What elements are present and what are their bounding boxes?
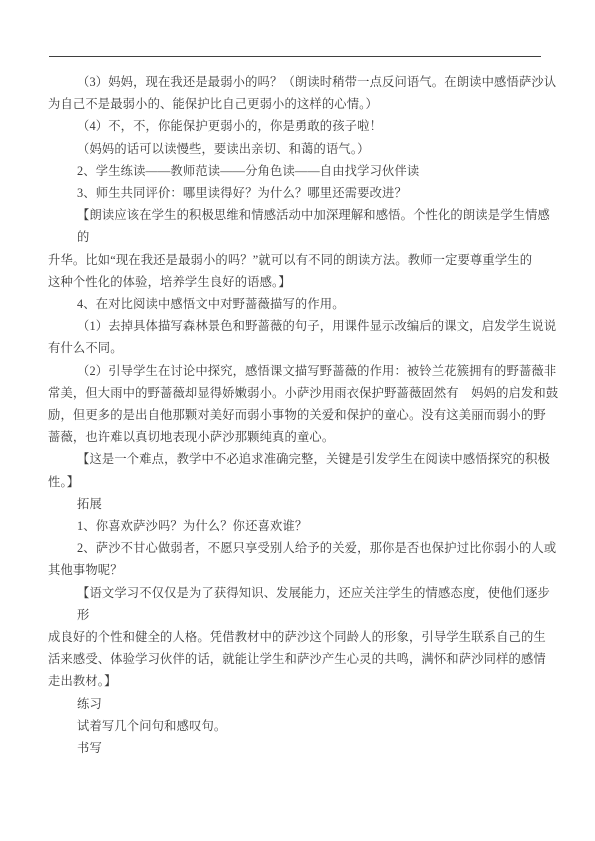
text-line: （4）不，不，你能保护更弱小的，你是勇敢的孩子啦！ xyxy=(48,115,548,137)
text-line: 2、萨沙不甘心做弱者，不愿只享受别人给予的关爱，那你是否也保护过比你弱小的人或 xyxy=(48,537,548,559)
text-line: 2、学生练读——教师范读——分角色读——自由找学习伙伴读 xyxy=(48,160,548,182)
text-line: 3、师生共同评价：哪里读得好？为什么？哪里还需要改进？ xyxy=(48,182,548,204)
text-line: 为自己不是最弱小的、能保护比自己更弱小的这样的心情。） xyxy=(48,93,548,115)
text-line: 其他事物呢？ xyxy=(48,559,548,581)
text-line: （3）妈妈，现在我还是最弱小的吗？（朗读时稍带一点反问语气。在朗读中感悟萨沙认 xyxy=(48,71,548,93)
text-line: 【语文学习不仅仅是为了获得知识、发展能力，还应关注学生的情感态度，使他们逐步 xyxy=(48,582,548,604)
text-line: 试着写几个问句和感叹句。 xyxy=(48,715,548,737)
text-line: 有什么不同。 xyxy=(48,337,548,359)
text-line: 【这是一个难点，教学中不必追求准确完整，关键是引发学生在阅读中感悟探究的积极 xyxy=(48,448,548,470)
text-line: 性。】 xyxy=(48,471,548,493)
text-line: 形 xyxy=(48,604,548,626)
text-line: 成良好的个性和健全的人格。凭借教材中的萨沙这个同龄人的形象，引导学生联系自己的生 xyxy=(48,626,548,648)
text-line: 励，但更多的是出自他那颗对美好而弱小事物的关爱和保护的童心。没有这美丽而弱小的野 xyxy=(48,404,548,426)
text-line: 走出教材。】 xyxy=(48,670,548,692)
text-line: 书写 xyxy=(48,737,548,759)
text-line: 活来感受、体验学习伙伴的话，就能让学生和萨沙产生心灵的共鸣，满怀和萨沙同样的感情 xyxy=(48,648,548,670)
text-line: 练习 xyxy=(48,693,548,715)
document-body: （3）妈妈，现在我还是最弱小的吗？（朗读时稍带一点反问语气。在朗读中感悟萨沙认 … xyxy=(48,71,548,759)
text-line: 4、在对比阅读中感悟文中对野蔷薇描写的作用。 xyxy=(48,293,548,315)
text-line: 升华。比如“现在我还是最弱小的吗？”就可以有不同的朗读方法。教师一定要尊重学生的 xyxy=(48,249,548,271)
text-line: 常美，但大雨中的野蔷薇却显得娇嫩弱小。小萨沙用雨衣保护野蔷薇固然有 妈妈的启发和… xyxy=(48,382,548,404)
text-line: 1、你喜欢萨沙吗？为什么？你还喜欢谁？ xyxy=(48,515,548,537)
text-line: 【朗读应该在学生的积极思维和情感活动中加深理解和感悟。个性化的朗读是学生情感 xyxy=(48,204,548,226)
text-line: 蔷薇，也许难以真切地表现小萨沙那颗纯真的童心。 xyxy=(48,426,548,448)
text-line: 这种个性化的体验，培养学生良好的语感。】 xyxy=(48,271,548,293)
text-line: 的 xyxy=(48,226,548,248)
text-line: （1）去掉具体描写森林景色和野蔷薇的句子，用课件显示改编后的课文，启发学生说说 xyxy=(48,315,548,337)
text-line: 拓展 xyxy=(48,493,548,515)
text-line: （2）引导学生在讨论中探究，感悟课文描写野蔷薇的作用：被铃兰花簇拥有的野蔷薇非 xyxy=(48,360,548,382)
text-line: （妈妈的话可以读慢些，要读出亲切、和蔼的语气。） xyxy=(48,138,548,160)
document-page: （3）妈妈，现在我还是最弱小的吗？（朗读时稍带一点反问语气。在朗读中感悟萨沙认 … xyxy=(0,0,595,841)
header-rule xyxy=(49,56,541,57)
